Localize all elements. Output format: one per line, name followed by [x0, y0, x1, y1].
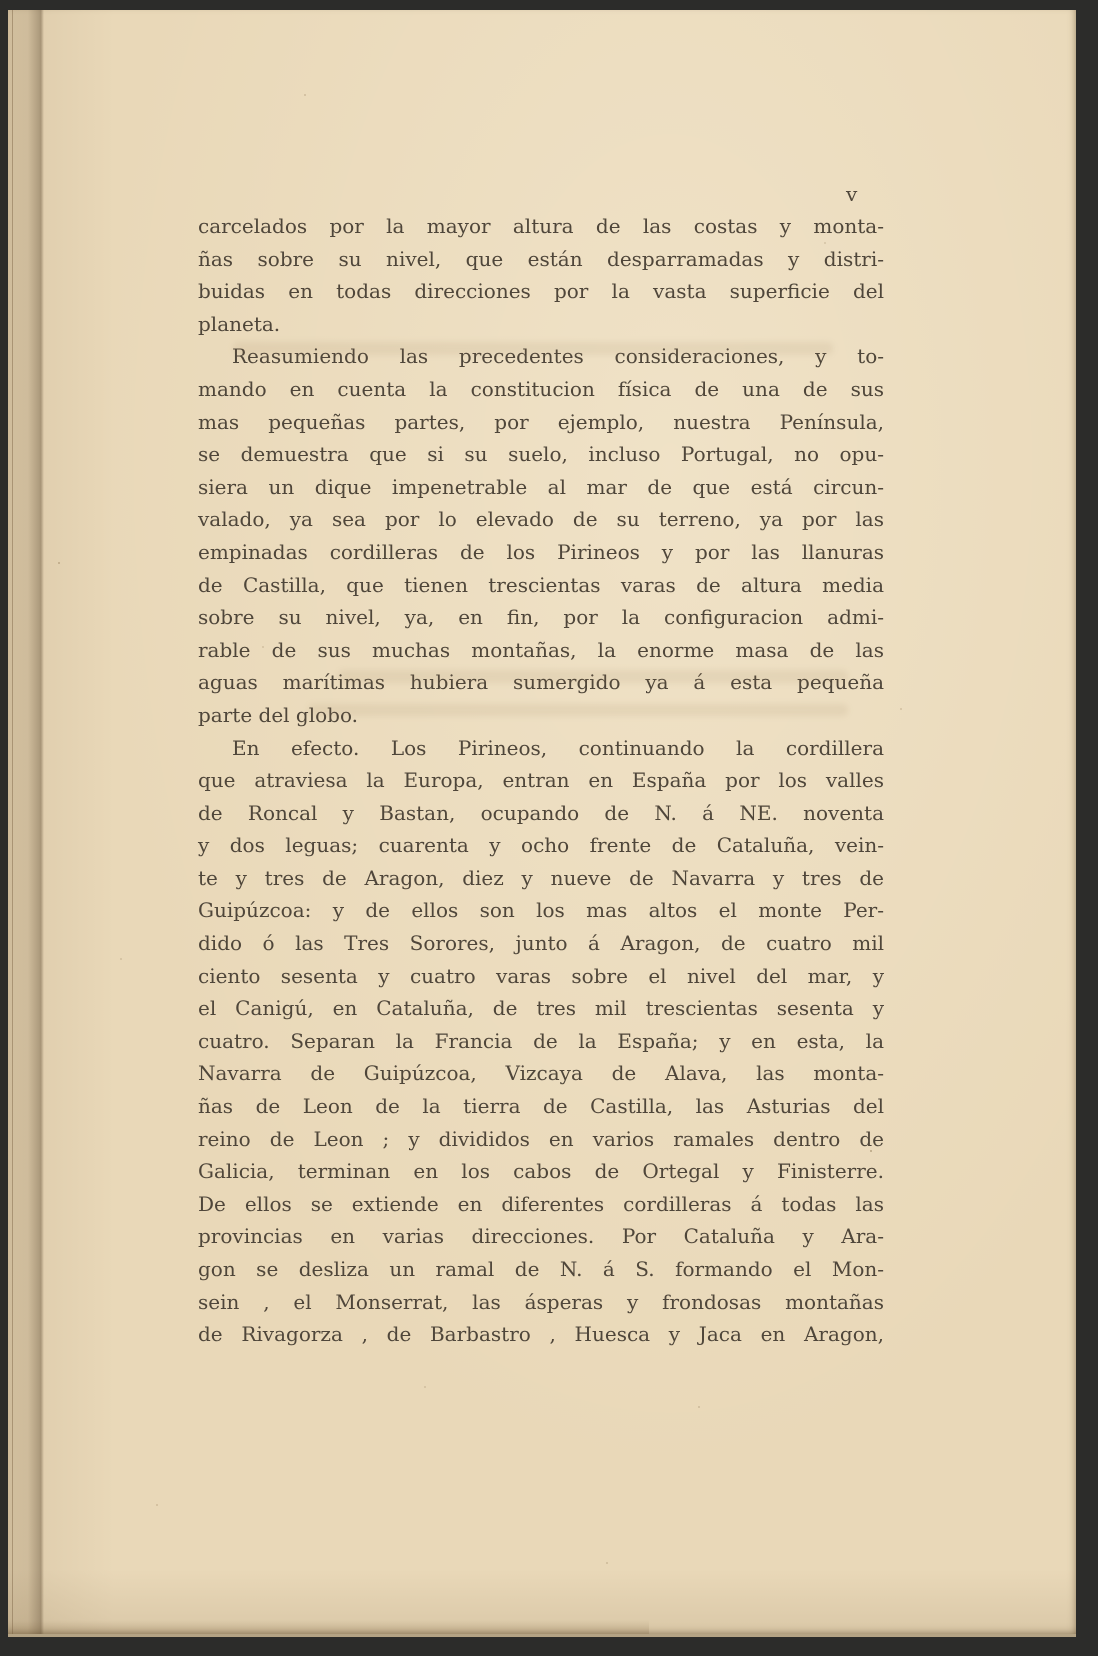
page-number: v	[846, 182, 886, 206]
text-line: ñas de Leon de la tierra de Castilla, la…	[198, 1090, 884, 1123]
text-line: reino de Leon ; y divididos en varios ra…	[198, 1123, 884, 1156]
text-line: valado, ya sea por lo elevado de su terr…	[198, 503, 884, 536]
text-line: y dos leguas; cuarenta y ocho frente de …	[198, 829, 884, 862]
text-line: que atraviesa la Europa, entran en Españ…	[198, 764, 884, 797]
text-line: carcelados por la mayor altura de las co…	[198, 210, 884, 243]
text-line: planeta.	[198, 308, 884, 341]
gutter-shadow	[8, 10, 44, 1634]
paper-specks	[8, 10, 10, 12]
text-line: de Roncal y Bastan, ocupando de N. á NE.…	[198, 797, 884, 830]
page-text: carcelados por la mayor altura de las co…	[198, 210, 884, 1351]
text-line: Galicia, terminan en los cabos de Ortega…	[198, 1155, 884, 1188]
text-line: aguas marítimas hubiera sumergido ya á e…	[198, 666, 884, 699]
text-line: sein , el Monserrat, las ásperas y frond…	[198, 1286, 884, 1319]
text-line: de Castilla, que tienen trescientas vara…	[198, 569, 884, 602]
text-line: rable de sus muchas montañas, la enorme …	[198, 634, 884, 667]
text-line: te y tres de Aragon, diez y nueve de Nav…	[198, 862, 884, 895]
text-line: gon se desliza un ramal de N. á S. forma…	[198, 1253, 884, 1286]
text-line: sobre su nivel, ya, en fin, por la confi…	[198, 601, 884, 634]
text-line: parte del globo.	[198, 699, 884, 732]
text-line: Reasumiendo las precedentes consideracio…	[198, 340, 884, 373]
text-line: el Canigú, en Cataluña, de tres mil tres…	[198, 992, 884, 1025]
text-line: ciento sesenta y cuatro varas sobre el n…	[198, 960, 884, 993]
book-page: v carcelados por la mayor altura de las …	[8, 10, 1076, 1634]
text-line: empinadas cordilleras de los Pirineos y …	[198, 536, 884, 569]
text-line: siera un dique impenetrable al mar de qu…	[198, 471, 884, 504]
page-bottom-curl	[8, 1620, 649, 1634]
text-line: Navarra de Guipúzcoa, Vizcaya de Alava, …	[198, 1057, 884, 1090]
text-line: buidas en todas direcciones por la vasta…	[198, 275, 884, 308]
text-line: cuatro. Separan la Francia de la España;…	[198, 1025, 884, 1058]
text-line: provincias en varias direcciones. Por Ca…	[198, 1220, 884, 1253]
text-line: de Rivagorza , de Barbastro , Huesca y J…	[198, 1318, 884, 1351]
text-line: mando en cuenta la constitucion física d…	[198, 373, 884, 406]
text-line: se demuestra que si su suelo, incluso Po…	[198, 438, 884, 471]
text-line: Guipúzcoa: y de ellos son los mas altos …	[198, 894, 884, 927]
text-line: ñas sobre su nivel, que están desparrama…	[198, 243, 884, 276]
text-line: mas pequeñas partes, por ejemplo, nuestr…	[198, 406, 884, 439]
text-line: dido ó las Tres Sorores, junto á Aragon,…	[198, 927, 884, 960]
underlying-page-edge	[12, 10, 13, 1634]
text-line: En efecto. Los Pirineos, continuando la …	[198, 732, 884, 765]
text-line: De ellos se extiende en diferentes cordi…	[198, 1188, 884, 1221]
